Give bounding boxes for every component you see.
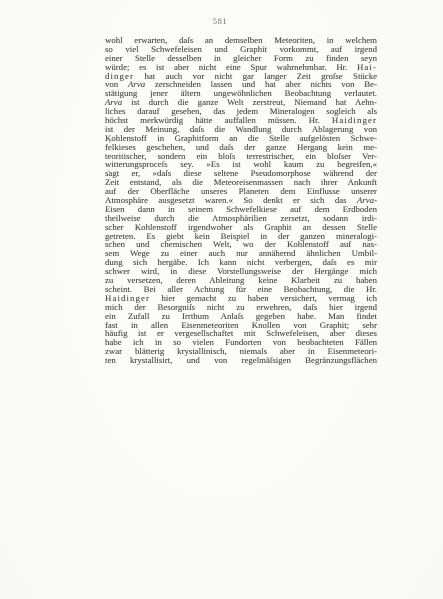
page-number: 581 <box>200 16 240 26</box>
body-text-block: wohl erwarten, daſs an demselben Meteori… <box>105 36 377 365</box>
scan-speck <box>108 170 110 172</box>
scan-speck <box>109 141 111 143</box>
scanned-book-page: 581 wohl erwarten, daſs an demselben Met… <box>0 0 443 599</box>
text-line: ten krystallisirt, und von regelmäſsigen… <box>105 356 377 365</box>
